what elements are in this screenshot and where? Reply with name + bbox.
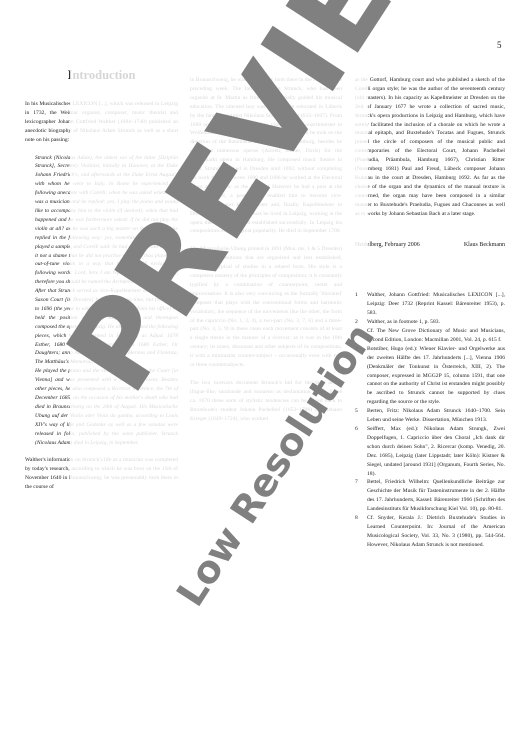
footnote-number: 6 xyxy=(355,425,367,478)
body-paragraph: at the Gottorf, Hamburg court and who pu… xyxy=(355,76,505,219)
footnote-number: 7 xyxy=(355,478,367,514)
footnote: 6Seiffert, Max (ed.): Nikolaus Adam Stru… xyxy=(355,425,505,478)
footnote-text: Walther, Johann Gottfried: Musicalisches… xyxy=(367,291,505,318)
signature-name: Klaus Beckmann xyxy=(464,241,505,250)
preview-fade-mask xyxy=(350,60,368,290)
footnote-text: Walther, as in footnote 1, p. 583. xyxy=(367,318,505,327)
footnote-text: Bettel, Friedrich Wilhelm: Quellenkundli… xyxy=(367,478,505,514)
footnote-text: Berten, Fritz: Nikolaus Adam Strunck 164… xyxy=(367,407,505,425)
footnote-number: 3 xyxy=(355,327,367,345)
preview-fade-mask xyxy=(350,380,355,710)
footnote: 1Walther, Johann Gottfried: Musicalische… xyxy=(355,291,505,318)
footnote-number: 8 xyxy=(355,514,367,550)
footnote: 7Bettel, Friedrich Wilhelm: Quellenkundl… xyxy=(355,478,505,514)
footnote-text: Botstiber, Hugo (ed.): Wiener Klavier- u… xyxy=(367,345,505,407)
book-page: 5 Introduction In his Musicalisches LEXI… xyxy=(0,0,530,750)
footnote-text: Seiffert, Max (ed.): Nikolaus Adam Strun… xyxy=(367,425,505,478)
signature-line: Heidelberg, February 2006 Klaus Beckmann xyxy=(355,241,505,250)
preview-fade-mask xyxy=(70,60,350,730)
right-column: at the Gottorf, Hamburg court and who pu… xyxy=(355,76,505,550)
footnotes: 1Walther, Johann Gottfried: Musicalische… xyxy=(355,291,505,549)
footnote-number: 4 xyxy=(355,345,367,407)
footnote-number: 2 xyxy=(355,318,367,327)
footnote-number: 1 xyxy=(355,291,367,318)
footnote: 4Botstiber, Hugo (ed.): Wiener Klavier- … xyxy=(355,345,505,407)
footnote: 2Walther, as in footnote 1, p. 583. xyxy=(355,318,505,327)
page-number: 5 xyxy=(497,40,502,50)
footnote: 8Cf. Snyder, Kerala J.: Dietrich Buxtehu… xyxy=(355,514,505,550)
footnote: 3Cf. The New Grove Dictionary of Music a… xyxy=(355,327,505,345)
footnote-number: 5 xyxy=(355,407,367,425)
footnote-text: Cf. The New Grove Dictionary of Music an… xyxy=(367,327,505,345)
footnote-text: Cf. Snyder, Kerala J.: Dietrich Buxtehud… xyxy=(367,514,505,550)
footnote: 5Berten, Fritz: Nikolaus Adam Strunck 16… xyxy=(355,407,505,425)
